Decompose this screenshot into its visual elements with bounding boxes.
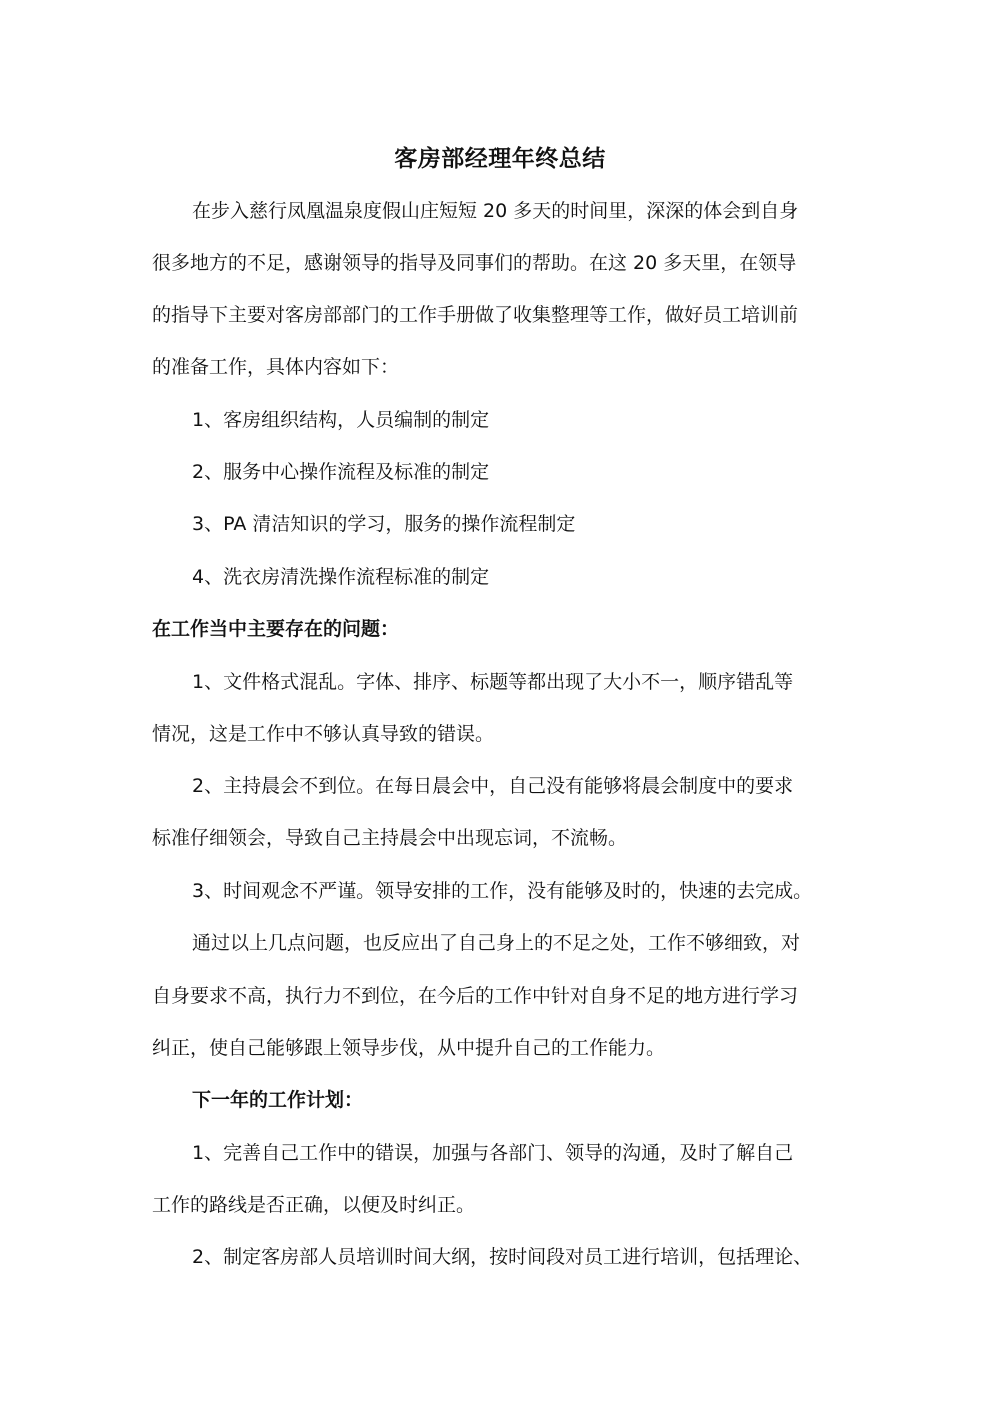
paragraph-line: 很多地方的不足，感谢领导的指导及同事们的帮助。在这 20 多天里，在领导: [152, 250, 852, 276]
document-title: 客房部经理年终总结: [0, 140, 1000, 173]
list-item: 4、洗衣房清洗操作流程标准的制定: [192, 564, 892, 590]
list-item: 3、PA 清洁知识的学习，服务的操作流程制定: [192, 511, 892, 537]
paragraph-line: 1、文件格式混乱。字体、排序、标题等都出现了大小不一，顺序错乱等: [192, 669, 892, 695]
paragraph-line: 的准备工作，具体内容如下：: [152, 354, 852, 380]
paragraph-line: 在步入慈行凤凰温泉度假山庄短短 20 多天的时间里，深深的体会到自身: [192, 198, 892, 224]
list-item: 2、服务中心操作流程及标准的制定: [192, 459, 892, 485]
document-page: 客房部经理年终总结 在步入慈行凤凰温泉度假山庄短短 20 多天的时间里，深深的体…: [0, 0, 1000, 1415]
list-item: 1、客房组织结构，人员编制的制定: [192, 407, 892, 433]
paragraph-line: 自身要求不高，执行力不到位，在今后的工作中针对自身不足的地方进行学习: [152, 983, 852, 1009]
section-heading: 在工作当中主要存在的问题：: [152, 616, 852, 642]
section-heading: 下一年的工作计划：: [192, 1087, 892, 1113]
paragraph-line: 的指导下主要对客房部部门的工作手册做了收集整理等工作，做好员工培训前: [152, 302, 852, 328]
paragraph-line: 标准仔细领会，导致自己主持晨会中出现忘词，不流畅。: [152, 825, 852, 851]
paragraph-line: 纠正，使自己能够跟上领导步伐，从中提升自己的工作能力。: [152, 1035, 852, 1061]
paragraph-line: 1、完善自己工作中的错误，加强与各部门、领导的沟通，及时了解自己: [192, 1140, 892, 1166]
paragraph-line: 工作的路线是否正确，以便及时纠正。: [152, 1192, 852, 1218]
paragraph-line: 通过以上几点问题，也反应出了自己身上的不足之处，工作不够细致，对: [192, 930, 892, 956]
paragraph-line: 2、制定客房部人员培训时间大纲，按时间段对员工进行培训，包括理论、: [192, 1244, 892, 1270]
paragraph-line: 2、主持晨会不到位。在每日晨会中，自己没有能够将晨会制度中的要求: [192, 773, 892, 799]
paragraph-line: 情况，这是工作中不够认真导致的错误。: [152, 721, 852, 747]
paragraph-line: 3、时间观念不严谨。领导安排的工作，没有能够及时的，快速的去完成。: [192, 878, 892, 904]
